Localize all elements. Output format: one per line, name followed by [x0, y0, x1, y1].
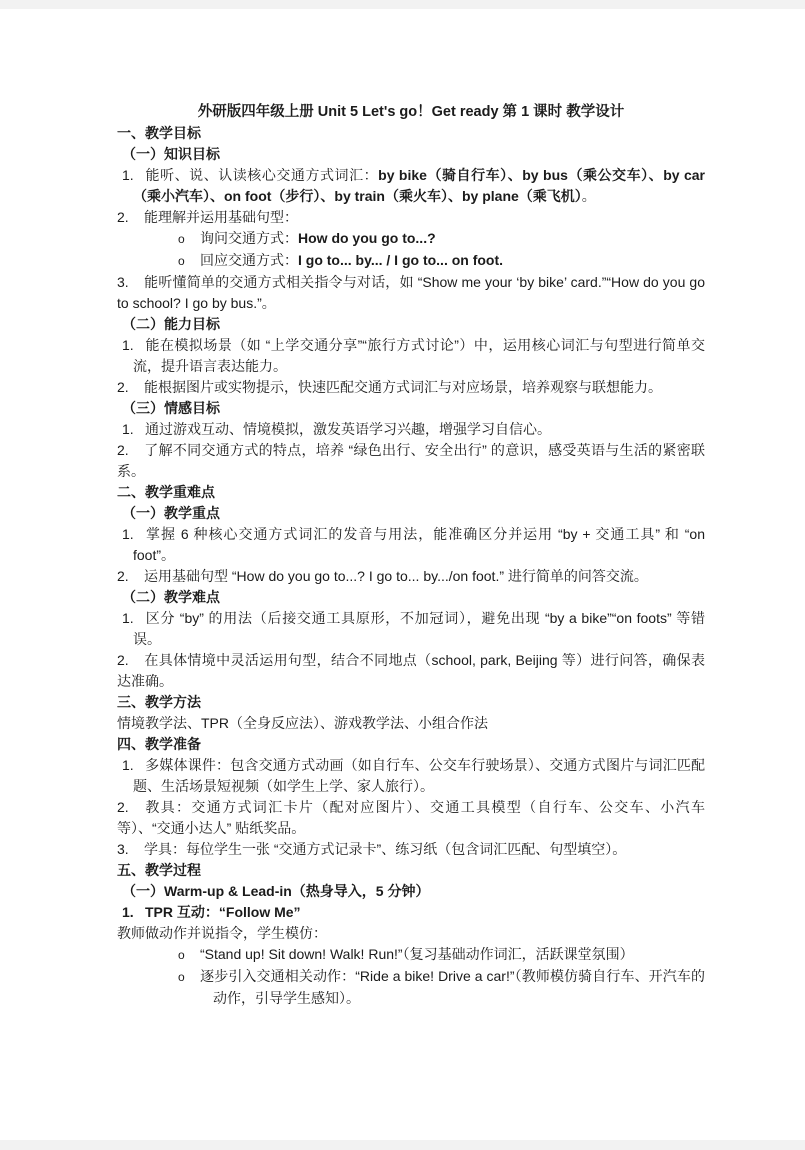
- list-number: 2.: [117, 797, 144, 818]
- numbered-paragraph: 2.在具体情境中灵活运用句型，结合不同地点（school, park, Beij…: [117, 650, 705, 692]
- subsection-heading: （三）情感目标: [117, 398, 705, 419]
- text-run: （三）情感目标: [122, 400, 220, 416]
- numbered-paragraph: 3.能听懂简单的交通方式相关指令与对话，如 “Show me your ‘by …: [117, 272, 705, 314]
- text-run: 了解不同交通方式的特点，培养 “绿色出行、安全出行” 的意识，感受英语与生活的紧…: [117, 442, 705, 479]
- text-run: 在具体情境中灵活运用句型，结合不同地点（school, park, Beijin…: [117, 652, 705, 689]
- list-number: 1.: [122, 335, 145, 356]
- numbered-paragraph: 2.教具：交通方式词汇卡片（配对应图片）、交通工具模型（自行车、公交车、小汽车等…: [117, 797, 705, 839]
- section-heading: 一、教学目标: [117, 123, 705, 144]
- text-run: 能在模拟场景（如 “上学交通分享”“旅行方式讨论”）中，运用核心词汇与句型进行简…: [133, 337, 705, 374]
- numbered-paragraph: 2.能理解并运用基础句型：: [117, 207, 705, 228]
- list-number: 3.: [117, 839, 144, 860]
- text-run: 外研版四年级上册 Unit 5 Let's go！Get ready 第 1 课…: [198, 104, 624, 120]
- list-number: 2.: [117, 440, 144, 461]
- text-run: 多媒体课件：包含交通方式动画（如自行车、公交车行驶场景）、交通方式图片与词汇匹配…: [133, 757, 705, 794]
- paragraph: 情境教学法、TPR（全身反应法）、游戏教学法、小组合作法: [117, 713, 705, 734]
- section-heading: 四、教学准备: [117, 734, 705, 755]
- section-heading: 五、教学过程: [117, 860, 705, 881]
- bullet-item: o回应交通方式：I go to... by... / I go to... on…: [117, 250, 705, 272]
- text-run: 能根据图片或实物提示，快速匹配交通方式词汇与对应场景，培养观察与联想能力。: [144, 379, 662, 395]
- subsection-heading: （二）能力目标: [117, 314, 705, 335]
- text-run: 四、教学准备: [117, 736, 201, 752]
- page-gap-bottom: [0, 1140, 805, 1150]
- bullet-marker: o: [178, 229, 200, 250]
- subsection-heading: （一）知识目标: [117, 144, 705, 165]
- text-run: （一）知识目标: [122, 146, 220, 162]
- text-run: I go to... by... / I go to... on foot.: [298, 252, 503, 268]
- list-number: 2.: [117, 207, 144, 228]
- list-number: 1.: [122, 524, 145, 545]
- text-run: 能理解并运用基础句型：: [144, 209, 298, 225]
- bullet-item: o逐步引入交通相关动作：“Ride a bike! Drive a car!”（…: [117, 966, 705, 1009]
- page-gap-top: [0, 0, 805, 9]
- numbered-item: 1.掌握 6 种核心交通方式词汇的发音与用法，能准确区分并运用 “by + 交通…: [117, 524, 705, 566]
- text-run: 教师做动作并说指令，学生模仿：: [117, 925, 327, 941]
- subsection-heading: （二）教学难点: [117, 587, 705, 608]
- text-run: 掌握 6 种核心交通方式词汇的发音与用法，能准确区分并运用 “by + 交通工具…: [133, 526, 705, 563]
- numbered-paragraph: 2.能根据图片或实物提示，快速匹配交通方式词汇与对应场景，培养观察与联想能力。: [117, 377, 705, 398]
- numbered-item: 1.多媒体课件：包含交通方式动画（如自行车、公交车行驶场景）、交通方式图片与词汇…: [117, 755, 705, 797]
- section-heading: 三、教学方法: [117, 692, 705, 713]
- text-run: TPR 互动：“Follow Me”: [145, 904, 301, 920]
- numbered-item: 1.能在模拟场景（如 “上学交通分享”“旅行方式讨论”）中，运用核心词汇与句型进…: [117, 335, 705, 377]
- text-run: （二）教学难点: [122, 589, 220, 605]
- paragraph: 教师做动作并说指令，学生模仿：: [117, 923, 705, 944]
- text-run: （一）教学重点: [122, 505, 220, 521]
- list-number: 2.: [117, 650, 144, 671]
- section-heading: 二、教学重难点: [117, 482, 705, 503]
- list-number: 1.: [122, 419, 145, 440]
- numbered-paragraph: 2.运用基础句型 “How do you go to...? I go to..…: [117, 566, 705, 587]
- bullet-item: o“Stand up! Sit down! Walk! Run!”（复习基础动作…: [117, 944, 705, 966]
- text-run: 逐步引入交通相关动作：“Ride a bike! Drive a car!”（教…: [200, 968, 705, 1006]
- bullet-marker: o: [178, 945, 200, 966]
- text-run: 区分 “by” 的用法（后接交通工具原形，不加冠词），避免出现 “by a bi…: [133, 610, 705, 647]
- text-run: 能听、说、认读核心交通方式词汇：: [145, 167, 378, 183]
- list-number: 1.: [122, 902, 145, 923]
- text-run: 。: [582, 188, 596, 204]
- numbered-paragraph: 3.学具：每位学生一张 “交通方式记录卡”、练习纸（包含词汇匹配、句型填空）。: [117, 839, 705, 860]
- document-body: 外研版四年级上册 Unit 5 Let's go！Get ready 第 1 课…: [117, 102, 705, 1009]
- text-run: 二、教学重难点: [117, 484, 215, 500]
- text-run: 能听懂简单的交通方式相关指令与对话，如 “Show me your ‘by bi…: [117, 274, 705, 311]
- text-run: 询问交通方式：: [200, 230, 298, 246]
- text-run: 通过游戏互动、情境模拟，激发英语学习兴趣，增强学习自信心。: [145, 421, 551, 437]
- text-run: （二）能力目标: [122, 316, 220, 332]
- numbered-paragraph: 2.了解不同交通方式的特点，培养 “绿色出行、安全出行” 的意识，感受英语与生活…: [117, 440, 705, 482]
- text-run: 一、教学目标: [117, 125, 201, 141]
- text-run: 回应交通方式：: [200, 252, 298, 268]
- list-number: 1.: [122, 608, 145, 629]
- text-run: “Stand up! Sit down! Walk! Run!”（复习基础动作词…: [200, 946, 634, 962]
- bullet-marker: o: [178, 967, 200, 988]
- document-page: 外研版四年级上册 Unit 5 Let's go！Get ready 第 1 课…: [0, 9, 805, 1140]
- text-run: How do you go to...?: [298, 230, 436, 246]
- subsection-heading: （一）教学重点: [117, 503, 705, 524]
- list-number: 2.: [117, 377, 144, 398]
- numbered-item: 1.能听、说、认读核心交通方式词汇：by bike（骑自行车）、by bus（乘…: [117, 165, 705, 207]
- doc-title: 外研版四年级上册 Unit 5 Let's go！Get ready 第 1 课…: [117, 102, 705, 123]
- bullet-item: o询问交通方式：How do you go to...?: [117, 228, 705, 250]
- text-run: （一）Warm-up & Lead-in（热身导入，5 分钟）: [122, 883, 430, 899]
- text-run: 情境教学法、TPR（全身反应法）、游戏教学法、小组合作法: [117, 715, 488, 731]
- bullet-marker: o: [178, 251, 200, 272]
- numbered-item: 1.通过游戏互动、情境模拟，激发英语学习兴趣，增强学习自信心。: [117, 419, 705, 440]
- subsection-heading: （一）Warm-up & Lead-in（热身导入，5 分钟）: [117, 881, 705, 902]
- numbered-item: 1.TPR 互动：“Follow Me”: [117, 902, 705, 923]
- numbered-item: 1.区分 “by” 的用法（后接交通工具原形，不加冠词），避免出现 “by a …: [117, 608, 705, 650]
- text-run: 五、教学过程: [117, 862, 201, 878]
- list-number: 3.: [117, 272, 144, 293]
- text-run: 教具：交通方式词汇卡片（配对应图片）、交通工具模型（自行车、公交车、小汽车等）、…: [117, 799, 705, 836]
- text-run: 学具：每位学生一张 “交通方式记录卡”、练习纸（包含词汇匹配、句型填空）。: [144, 841, 626, 857]
- list-number: 1.: [122, 755, 145, 776]
- list-number: 2.: [117, 566, 144, 587]
- text-run: 三、教学方法: [117, 694, 201, 710]
- list-number: 1.: [122, 165, 145, 186]
- text-run: 运用基础句型 “How do you go to...? I go to... …: [144, 568, 648, 584]
